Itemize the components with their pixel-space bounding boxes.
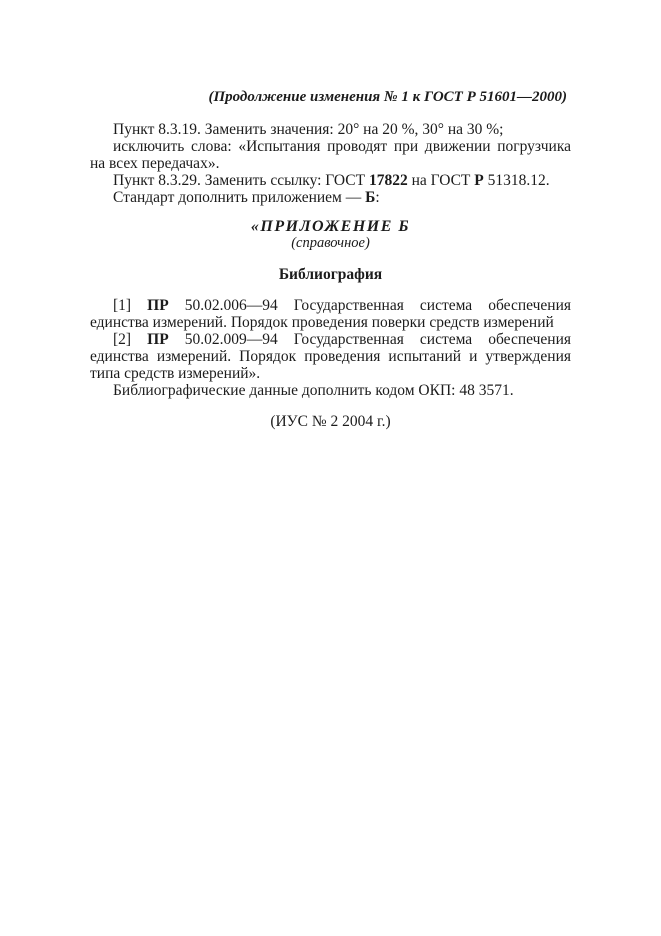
ref-text-lead: Пункт 8.3.29. Заменить ссылку: ГОСТ xyxy=(113,172,369,189)
appendix-subtitle: (справочное) xyxy=(90,235,571,252)
paragraph-punkt-8-3-19: Пункт 8.3.19. Заменить значения: 20° на … xyxy=(90,121,571,138)
entry-2-code: ПР xyxy=(147,331,169,348)
ius-footer: (ИУС № 2 2004 г.) xyxy=(90,413,571,430)
ref-new-letter: Р xyxy=(474,172,483,189)
bibliography-list: [1] ПР 50.02.006—94 Государственная сист… xyxy=(90,297,571,399)
amendments-section: Пункт 8.3.19. Заменить значения: 20° на … xyxy=(90,121,571,206)
paragraph-exclude-words: исключить слова: «Испытания проводят при… xyxy=(90,138,571,172)
paragraph-punkt-8-3-29: Пункт 8.3.29. Заменить ссылку: ГОСТ 1782… xyxy=(90,172,571,189)
entry-1-label: [1] xyxy=(113,297,147,314)
text-block: (Продолжение изменения № 1 к ГОСТ Р 5160… xyxy=(90,88,571,430)
paragraph-add-appendix: Стандарт дополнить приложением — Б: xyxy=(90,189,571,206)
add-appendix-colon: : xyxy=(375,189,379,206)
bibliography-heading: Библиография xyxy=(90,266,571,283)
appendix-title: «ПРИЛОЖЕНИЕ Б xyxy=(90,218,571,235)
add-appendix-text: Стандарт дополнить приложением — xyxy=(113,189,365,206)
running-title: (Продолжение изменения № 1 к ГОСТ Р 5160… xyxy=(90,88,571,106)
bibliography-entry-2: [2] ПР 50.02.009—94 Государственная сист… xyxy=(90,331,571,382)
document-page: (Продолжение изменения № 1 к ГОСТ Р 5160… xyxy=(0,0,661,936)
appendix-letter: Б xyxy=(365,189,375,206)
ref-old-number: 17822 xyxy=(369,172,408,189)
entry-2-label: [2] xyxy=(113,331,147,348)
ref-new-number: 51318.12. xyxy=(484,172,550,189)
ref-text-mid: на ГОСТ xyxy=(408,172,475,189)
entry-1-code: ПР xyxy=(147,297,169,314)
bibliography-entry-1: [1] ПР 50.02.006—94 Государственная сист… xyxy=(90,297,571,331)
okp-note: Библиографические данные дополнить кодом… xyxy=(90,382,571,399)
